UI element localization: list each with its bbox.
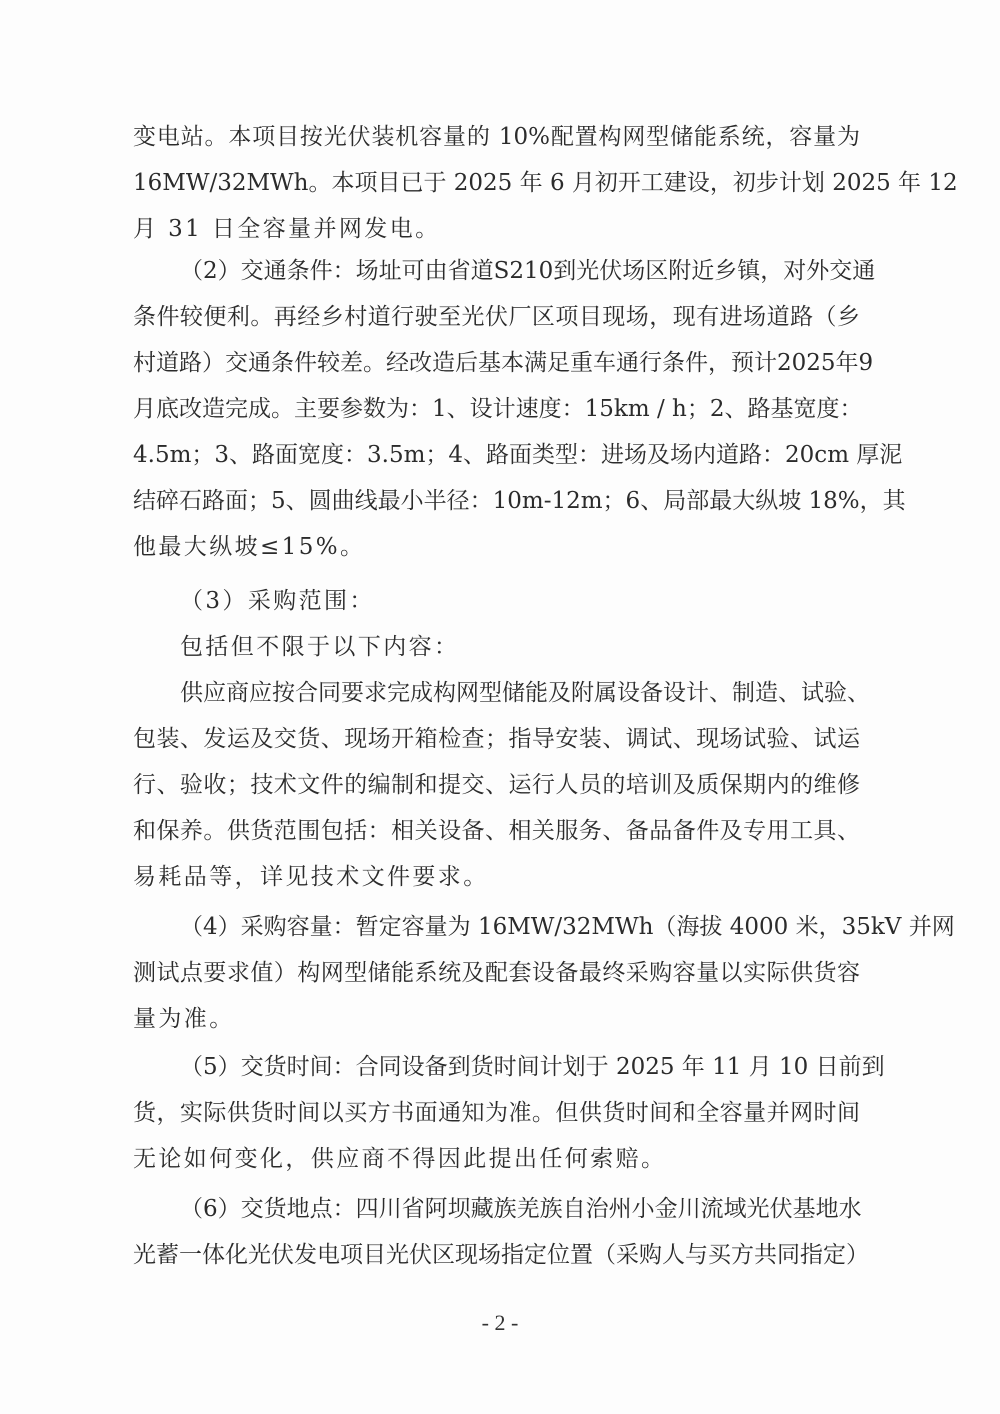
- text-line: 月底改造完成。主要参数为：1、设计速度：15km / h；2、路基宽度：: [133, 394, 860, 424]
- text-line: 他最大纵坡≤15%。: [133, 532, 873, 562]
- text-line: 量为准。: [133, 1004, 873, 1034]
- document-page: 变电站。本项目按光伏装机容量的 10%配置构网型储能系统，容量为16MW/32M…: [0, 0, 1000, 1414]
- text-line: 和保养。供货范围包括：相关设备、相关服务、备品备件及专用工具、: [133, 816, 860, 846]
- text-line: （5）交货时间：合同设备到货时间计划于 2025 年 11 月 10 日前到: [180, 1052, 860, 1082]
- text-line: 货，实际供货时间以买方书面通知为准。但供货时间和全容量并网时间: [133, 1098, 860, 1128]
- text-line: 包装、发运及交货、现场开箱检查；指导安装、调试、现场试验、试运: [133, 724, 860, 754]
- text-line: 测试点要求值）构网型储能系统及配套设备最终采购容量以实际供货容: [133, 958, 860, 988]
- text-line: 条件较便利。再经乡村道行驶至光伏厂区项目现场，现有进场道路（乡: [133, 302, 860, 332]
- text-line: （4）采购容量：暂定容量为 16MW/32MWh（海拔 4000 米，35kV …: [180, 912, 860, 942]
- text-line: 易耗品等，详见技术文件要求。: [133, 862, 873, 892]
- text-line: 光蓄一体化光伏发电项目光伏区现场指定位置（采购人与买方共同指定）: [133, 1240, 860, 1270]
- text-line: 变电站。本项目按光伏装机容量的 10%配置构网型储能系统，容量为: [133, 122, 860, 152]
- page-number: - 2 -: [0, 1310, 1000, 1336]
- text-line: 结碎石路面；5、圆曲线最小半径：10m-12m；6、局部最大纵坡 18%，其: [133, 486, 860, 516]
- text-line: 包括但不限于以下内容：: [180, 632, 920, 662]
- text-line: 16MW/32MWh。本项目已于 2025 年 6 月初开工建设，初步计划 20…: [133, 168, 860, 198]
- text-line: （3）采购范围：: [180, 586, 920, 616]
- text-line: 村道路）交通条件较差。经改造后基本满足重车通行条件，预计2025年9: [133, 348, 860, 378]
- text-line: （2）交通条件：场址可由省道S210到光伏场区附近乡镇，对外交通: [180, 256, 860, 286]
- text-line: 行、验收；技术文件的编制和提交、运行人员的培训及质保期内的维修: [133, 770, 860, 800]
- text-line: （6）交货地点：四川省阿坝藏族羌族自治州小金川流域光伏基地水: [180, 1194, 860, 1224]
- text-line: 供应商应按合同要求完成构网型储能及附属设备设计、制造、试验、: [180, 678, 860, 708]
- text-line: 月 31 日全容量并网发电。: [133, 214, 873, 244]
- text-line: 无论如何变化，供应商不得因此提出任何索赔。: [133, 1144, 873, 1174]
- text-line: 4.5m；3、路面宽度：3.5m；4、路面类型：进场及场内道路：20cm 厚泥: [133, 440, 860, 470]
